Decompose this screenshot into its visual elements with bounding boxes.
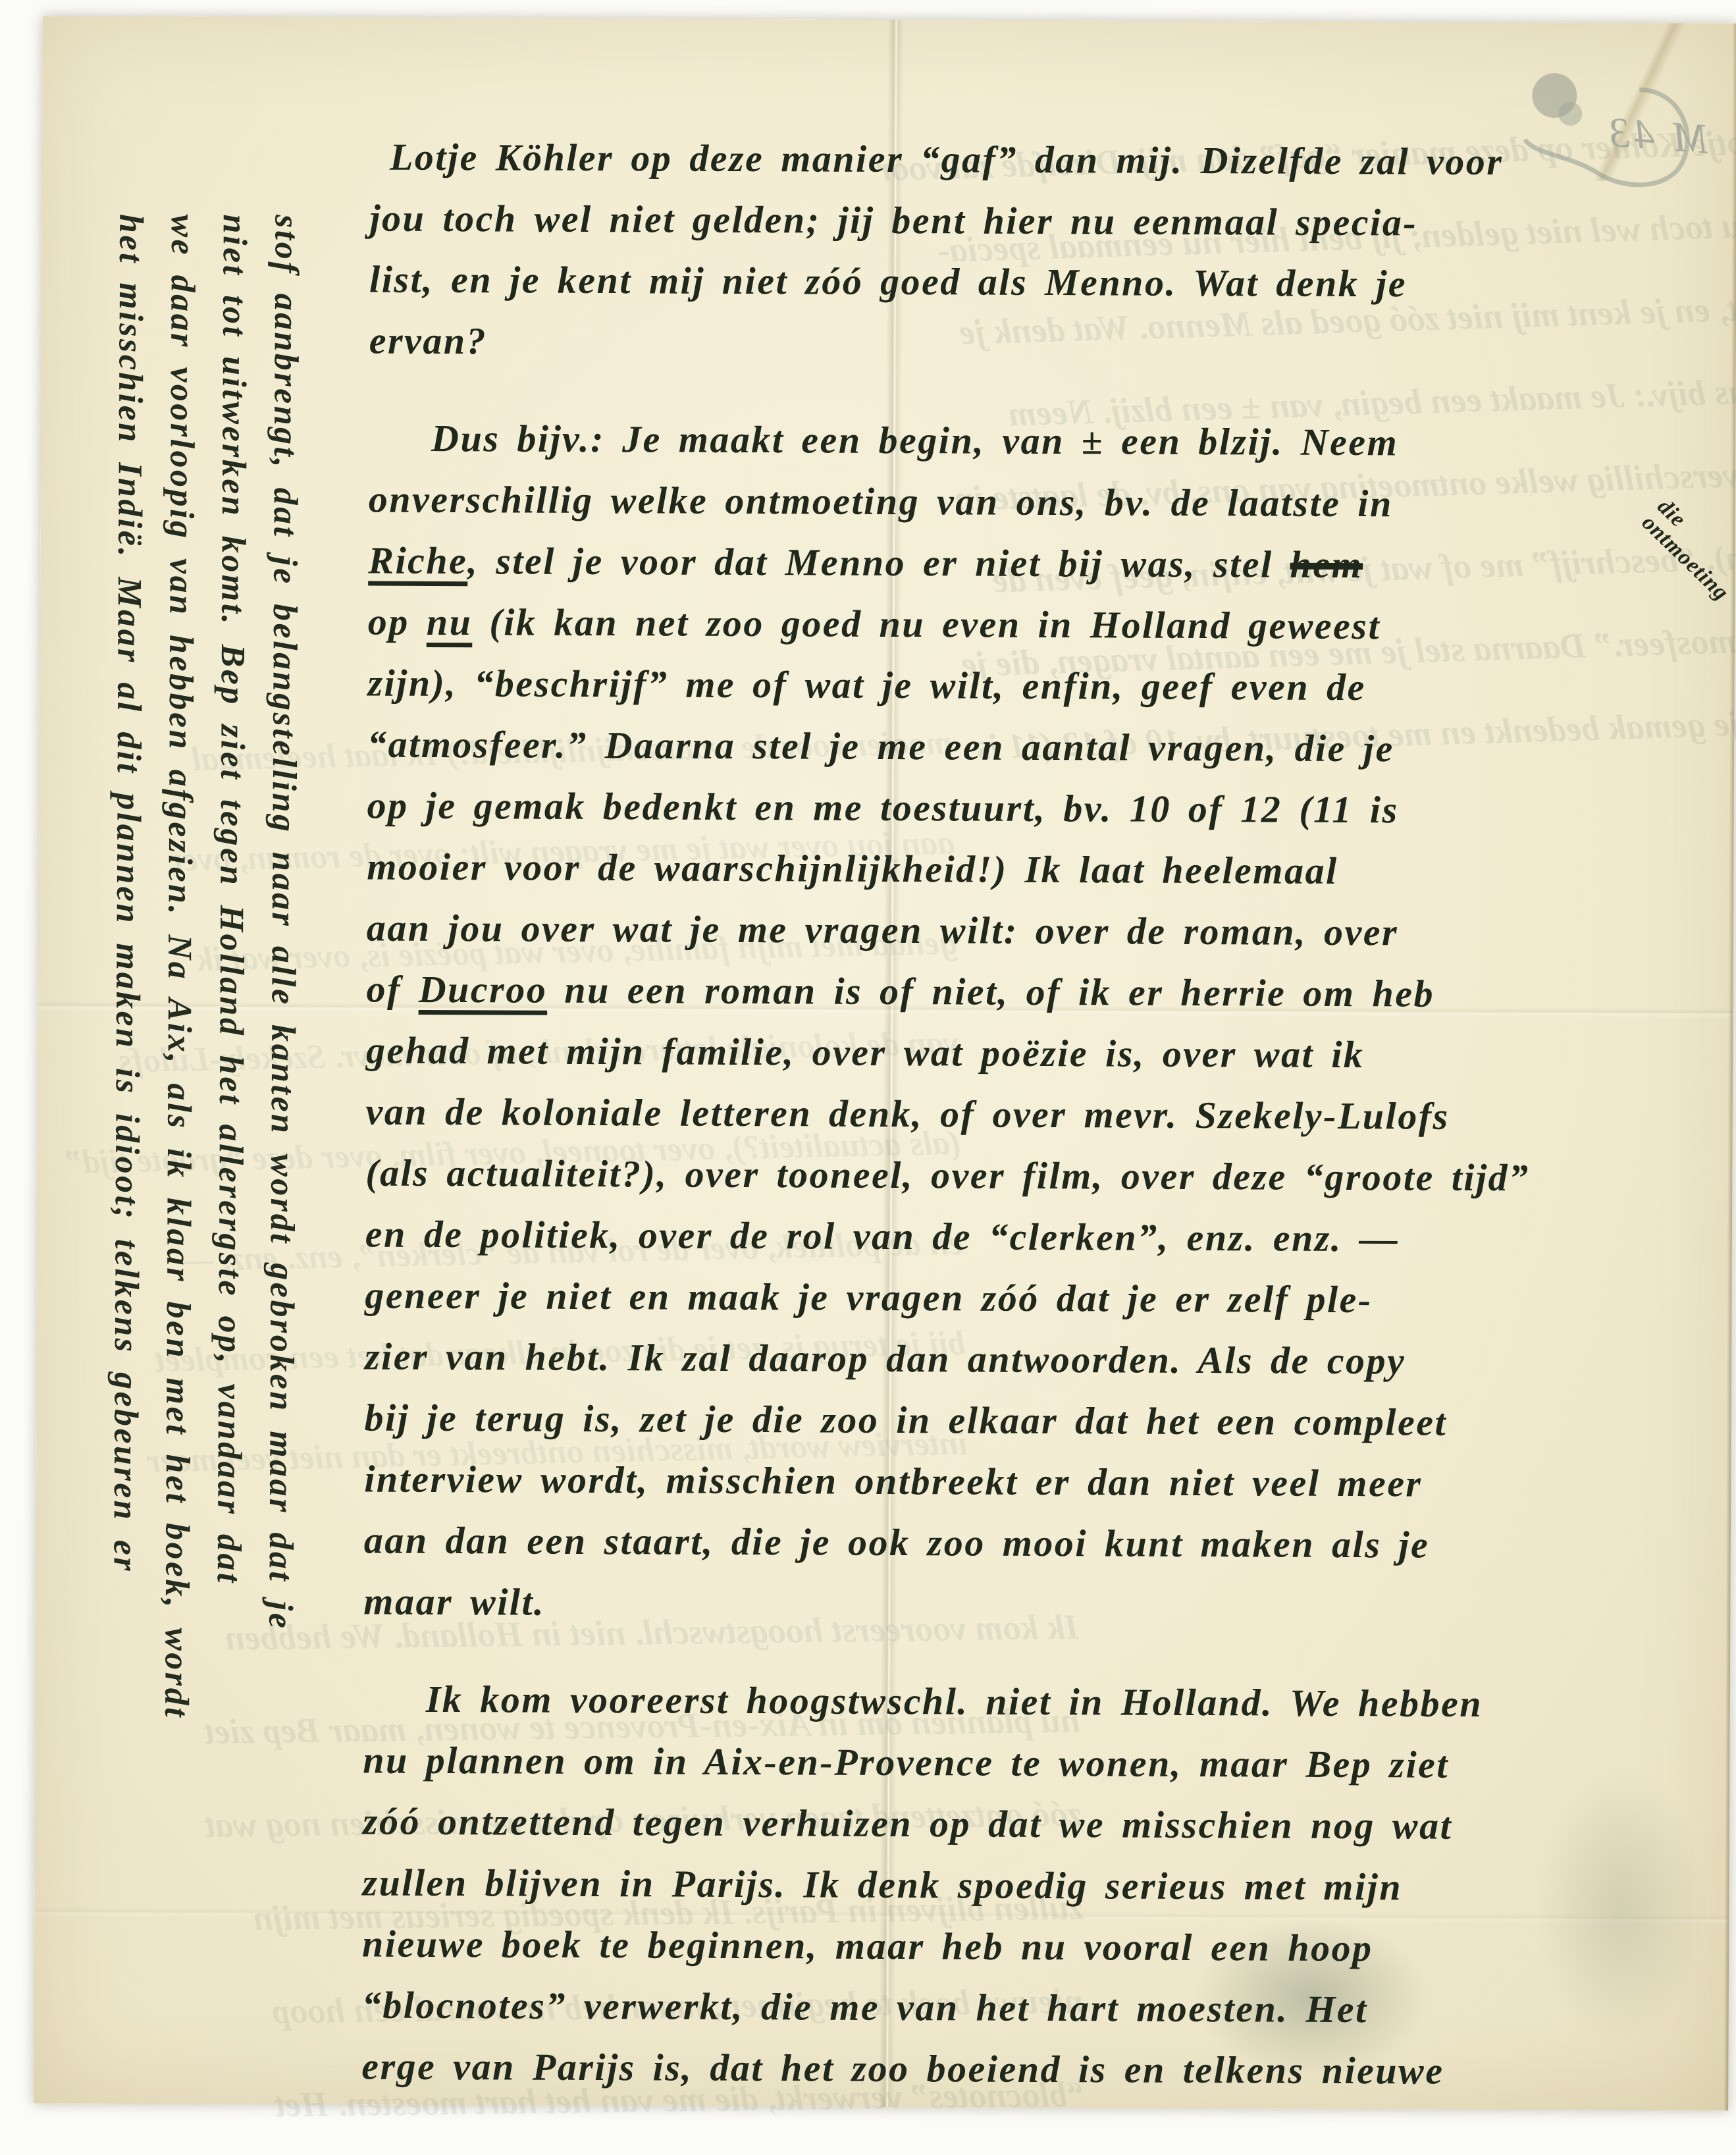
text-line: Ik kom vooreerst hoogstwschl. niet in Ho…: [363, 1668, 1736, 1736]
text-span: , stel je voor dat Menno er niet bij was…: [467, 539, 1290, 585]
text-line: en de politiek, over de rol van de “cler…: [365, 1204, 1736, 1271]
text-line: nu plannen om in Aix-en-Provence te wone…: [363, 1730, 1736, 1797]
text-line: “blocnotes” verwerkt, die me van het har…: [362, 1975, 1736, 2042]
margin-line: het misschien Indië. Maar al dit plannen…: [99, 214, 154, 2110]
text-line: jou toch wel niet gelden; jij bent hier …: [369, 188, 1736, 255]
underlined-word: Riche: [368, 539, 467, 583]
text-line: zier van hebt. Ik zal daarop dan antwoor…: [365, 1326, 1736, 1393]
text-span: nu een roman is of niet, of ik er herrie…: [547, 969, 1434, 1015]
text-line: nieuwe boek te beginnen, maar heb nu voo…: [362, 1913, 1736, 1981]
text-line: aan dan een staart, die je ook zoo mooi …: [364, 1510, 1736, 1577]
text-line: zijn), “beschrijf” me of wat je wilt, en…: [367, 652, 1736, 720]
text-span: op: [368, 600, 427, 643]
underlined-word: Ducroo: [419, 968, 548, 1011]
text-line: van de koloniale letteren denk, of over …: [365, 1081, 1736, 1148]
text-line: of Ducroo nu een roman is of niet, of ik…: [366, 959, 1736, 1026]
text-line: list, en je kent mij niet zóó goed als M…: [369, 249, 1736, 316]
margin-line: stof aanbrengt, dat je belangstelling na…: [254, 215, 309, 2111]
text-line-with-correction: Riche, stel je voor dat Menno er niet bi…: [368, 530, 1736, 597]
text-line: Dus bijv.: Je maakt een begin, van ± een…: [369, 408, 1736, 475]
text-line: aan jou over wat je me vragen wilt: over…: [367, 897, 1736, 965]
letter-page: Lotje Köhler op deze manier “gaf” dan mi…: [34, 16, 1736, 2110]
text-line: geneer je niet en maak je vragen zóó dat…: [365, 1265, 1736, 1332]
text-span: of: [366, 968, 419, 1011]
text-line: (als actualiteit?), over tooneel, over f…: [365, 1142, 1736, 1210]
text-line: erge van Parijs is, dat het zoo boeiend …: [361, 2036, 1736, 2103]
text-span: (ik kan net zoo goed nu even in Holland …: [472, 600, 1381, 647]
margin-annotation: stof aanbrengt, dat je belangstelling na…: [94, 214, 315, 2111]
text-line: mooier voor de waarschijnlijkheid!) Ik l…: [367, 836, 1736, 903]
underlined-word: nu: [427, 600, 473, 643]
scanned-letter-canvas: Lotje Köhler op deze manier “gaf” dan mi…: [0, 0, 1736, 2155]
text-line: maar wilt.: [363, 1571, 1736, 1638]
text-line: zóó ontzettend tegen verhuizen op dat we…: [363, 1791, 1736, 1858]
text-line: Lotje Köhler op deze manier “gaf” dan mi…: [370, 126, 1736, 194]
text-line: onverschillig welke ontmoeting van ons, …: [369, 469, 1736, 536]
text-line: interview wordt, misschien ontbreekt er …: [364, 1449, 1736, 1516]
text-line: “atmosfeer.” Daarna stel je me een aanta…: [367, 714, 1736, 781]
text-line: zullen blijven in Parijs. Ik denk spoedi…: [362, 1852, 1736, 1919]
margin-line: we daar voorloopig van hebben afgezien. …: [151, 214, 206, 2110]
text-line: op je gemak bedenkt en me toestuurt, bv.…: [367, 775, 1736, 842]
text-line: bij je terug is, zet je die zoo in elkaa…: [364, 1387, 1736, 1454]
struck-word: hem: [1290, 543, 1363, 586]
margin-line: niet tot uitwerken komt. Bep ziet tegen …: [203, 215, 258, 2111]
letter-body: Lotje Köhler op deze manier “gaf” dan mi…: [361, 126, 1736, 2103]
text-line: op nu (ik kan net zoo goed nu even in Ho…: [368, 591, 1736, 658]
text-line: ervan?: [369, 310, 1736, 377]
text-line: gehad met mijn familie, over wat poëzie …: [366, 1020, 1736, 1087]
